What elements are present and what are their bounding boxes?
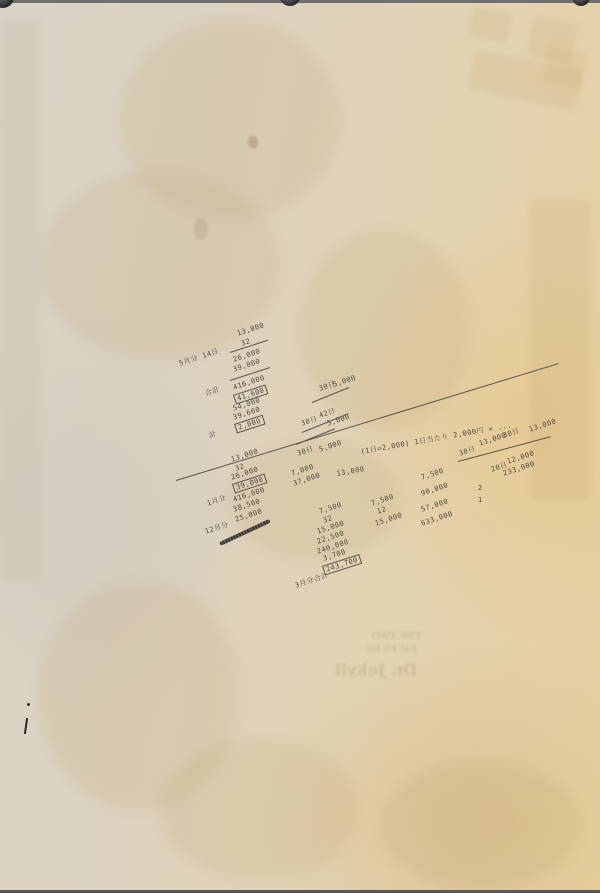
note-label: 合計 bbox=[204, 385, 221, 397]
note-mark: 2 bbox=[478, 484, 483, 492]
show-through-vertical-text bbox=[530, 200, 590, 500]
stain bbox=[248, 136, 258, 148]
pin-icon bbox=[280, 0, 300, 6]
note-number: 7,500 bbox=[420, 467, 445, 482]
show-through-figure bbox=[160, 740, 360, 880]
show-through-title: THE TWO bbox=[372, 632, 422, 642]
note-label: 3月分合計 bbox=[294, 571, 329, 589]
poster-back: THE TWO FACES OF Dr. Jekyll 5月分 14日 13,0… bbox=[0, 0, 600, 893]
note-number: 90,000 bbox=[420, 481, 449, 497]
show-through-title: FACES OF bbox=[366, 645, 417, 655]
note-label: 12月分 bbox=[204, 520, 230, 535]
show-through-block bbox=[467, 6, 512, 44]
note-mark: 1 bbox=[478, 496, 483, 504]
show-through-face bbox=[300, 230, 470, 430]
ink-dot bbox=[27, 703, 30, 706]
stain bbox=[194, 218, 208, 240]
note-label: 計 bbox=[208, 430, 218, 440]
pin-icon bbox=[572, 0, 590, 6]
show-through-figure bbox=[380, 760, 580, 890]
ink-stroke bbox=[24, 718, 28, 734]
show-through-vertical-text bbox=[0, 20, 40, 580]
note-label: 1月分 bbox=[206, 494, 227, 508]
show-through-title: Dr. Jekyll bbox=[335, 660, 417, 679]
pin-icon bbox=[0, 0, 14, 8]
top-edge-shadow bbox=[0, 0, 600, 3]
